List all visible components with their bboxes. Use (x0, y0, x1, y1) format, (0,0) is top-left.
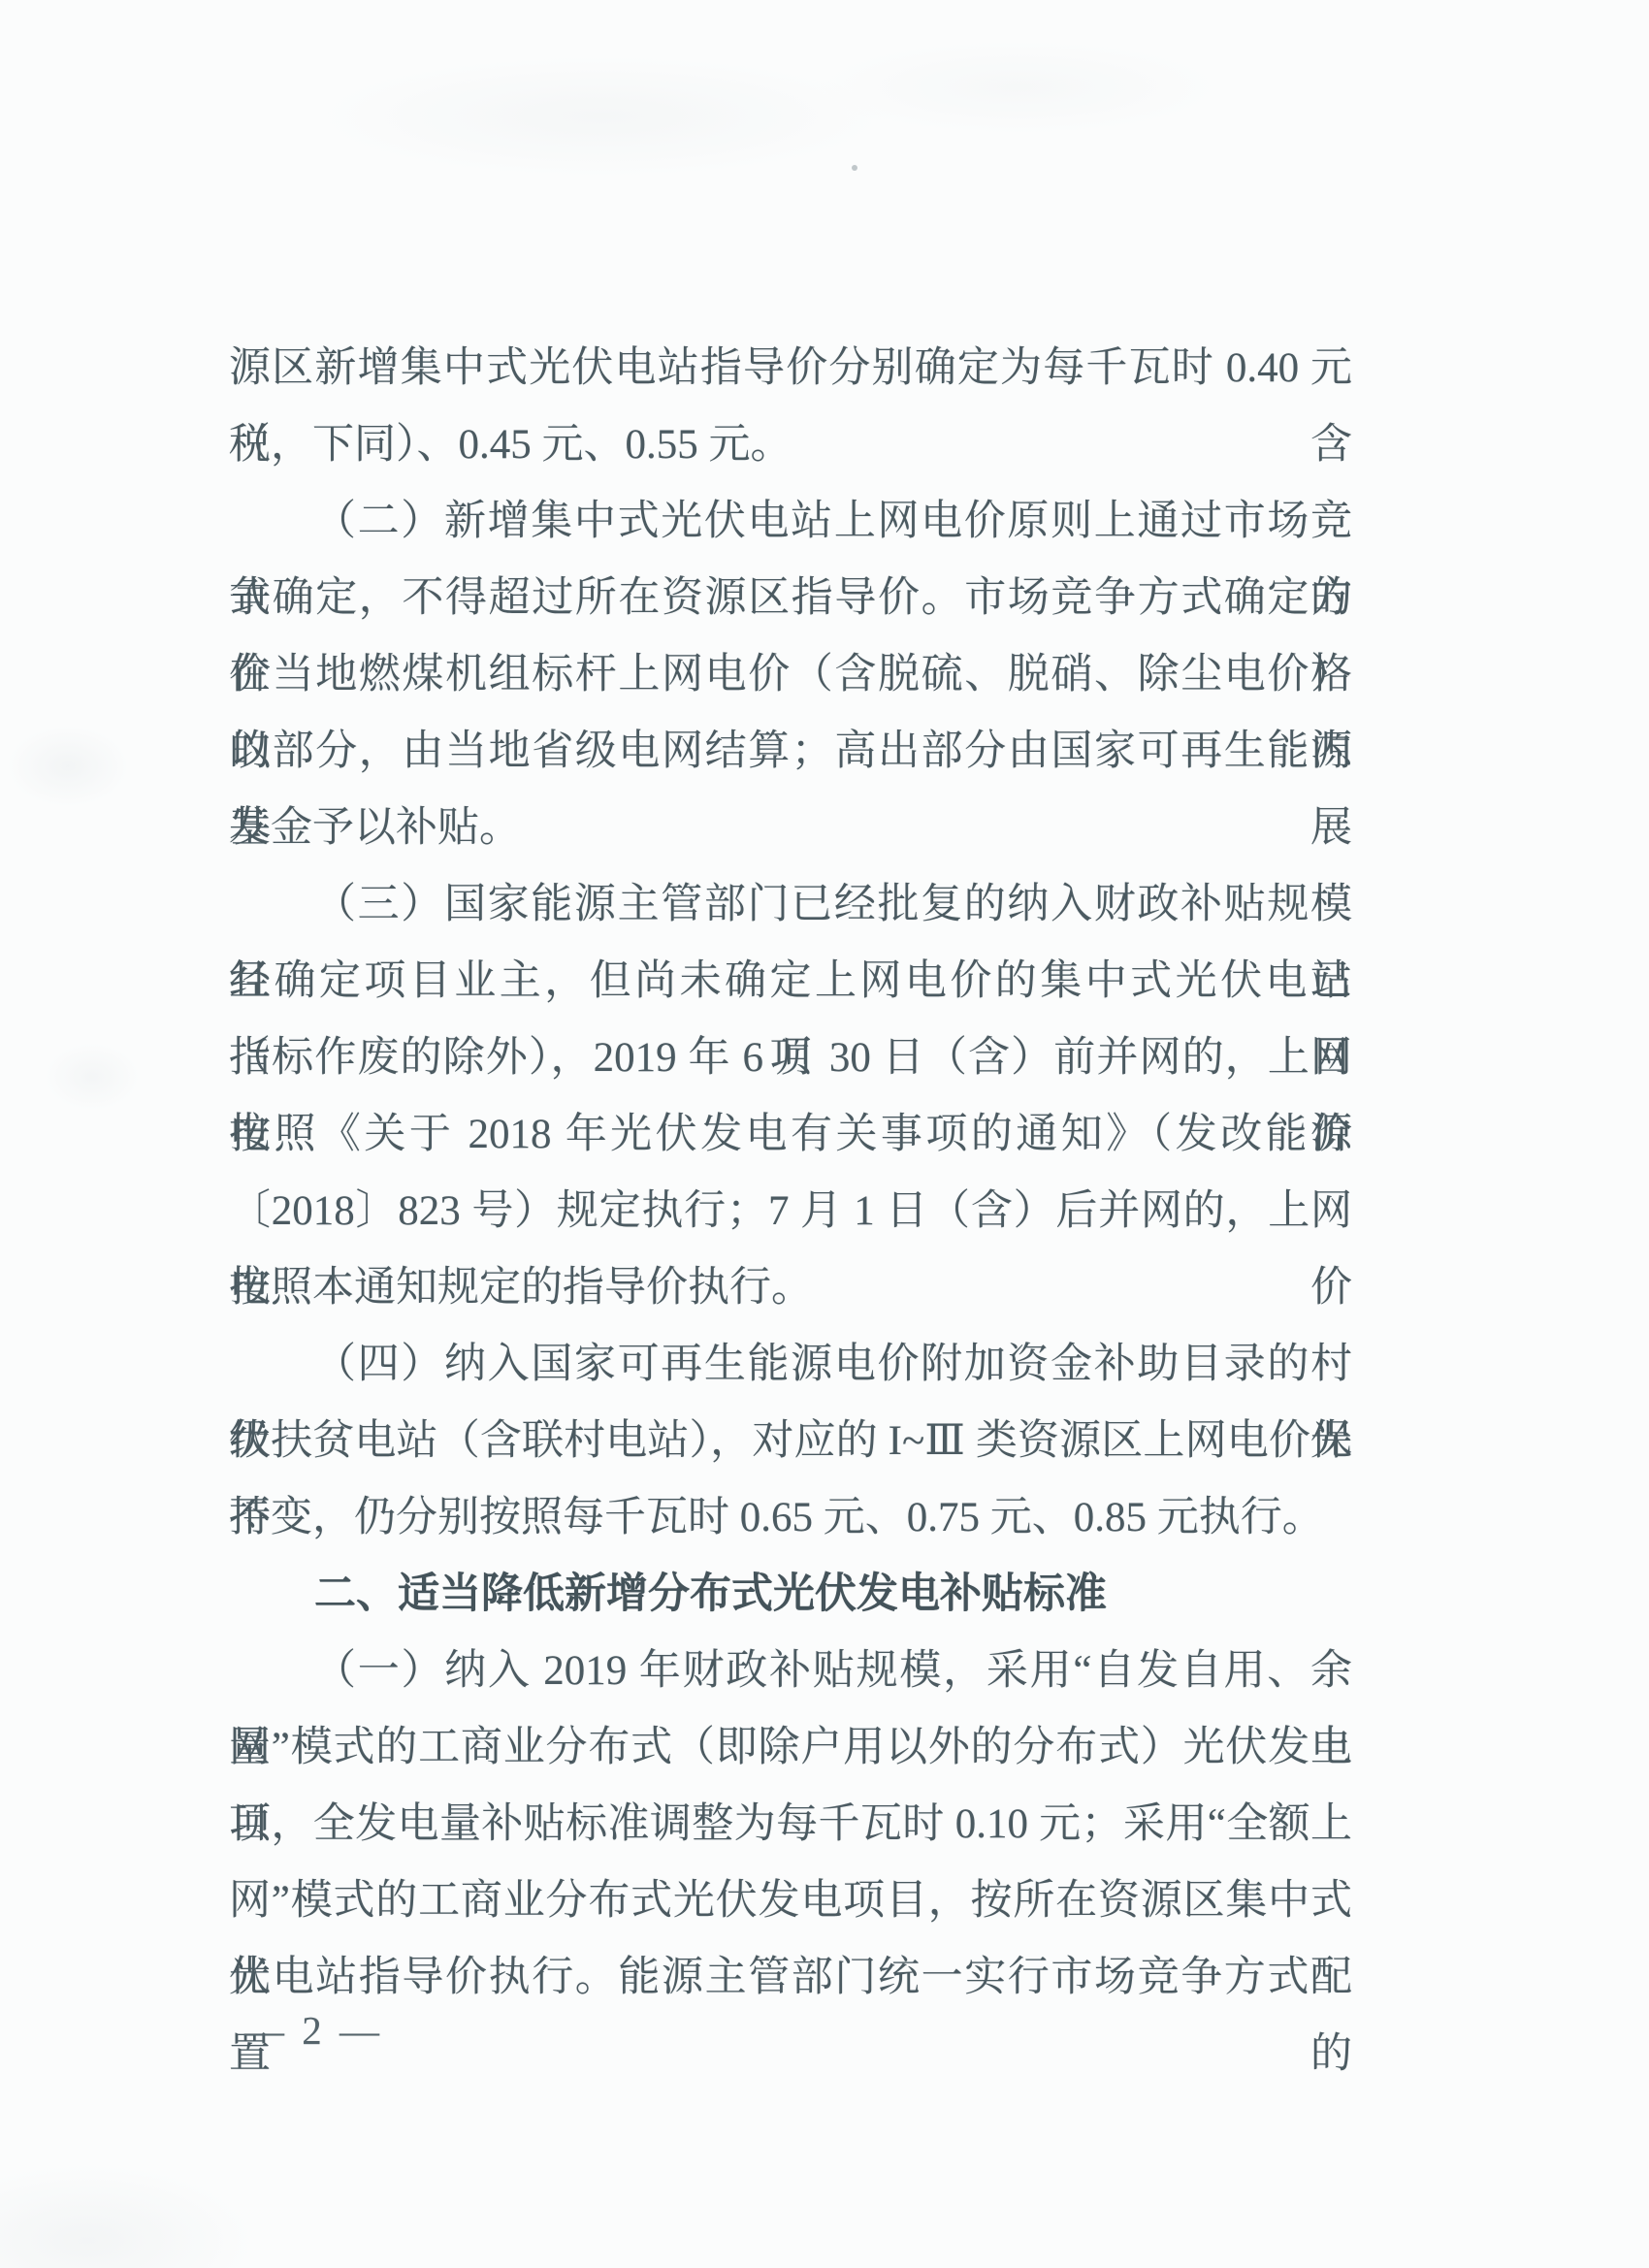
text-line: 指标作废的除外），2019 年 6 月 30 日（含）前并网的，上网电价 (229, 1020, 1352, 1096)
text-line: 的部分，由当地省级电网结算；高出部分由国家可再生能源发展 (229, 713, 1352, 790)
scan-speck (852, 165, 857, 171)
document-body: 源区新增集中式光伏电站指导价分别确定为每千瓦时 0.40 元（含 税，下同）、0… (229, 330, 1352, 2016)
section-heading: 二、适当降低新增分布式光伏发电补贴标准 (229, 1556, 1352, 1633)
text-line: 目，全发电量补贴标准调整为每千瓦时 0.10 元；采用“全额上 (229, 1786, 1352, 1863)
page-number: — 2 — (244, 2006, 383, 2055)
text-line: 〔2018〕823 号）规定执行；7 月 1 日（含）后并网的，上网电价 (229, 1173, 1352, 1249)
text-line: （一）纳入 2019 年财政补贴规模，采用“自发自用、余量上 (229, 1633, 1352, 1709)
text-line: 伏扶贫电站（含联村电站），对应的 I~Ⅲ 类资源区上网电价保持 (229, 1403, 1352, 1479)
text-line: （四）纳入国家可再生能源电价附加资金补助目录的村级光 (229, 1326, 1352, 1403)
text-line: （二）新增集中式光伏电站上网电价原则上通过市场竞争方 (229, 483, 1352, 560)
scan-smudge (0, 0, 1649, 252)
scan-smudge (0, 2086, 388, 2268)
text-line: 源区新增集中式光伏电站指导价分别确定为每千瓦时 0.40 元（含 (229, 330, 1352, 406)
text-line: 经确定项目业主，但尚未确定上网电价的集中式光伏电站（项目 (229, 943, 1352, 1020)
text-line: 按照《关于 2018 年光伏发电有关事项的通知》（发改能源 (229, 1096, 1352, 1173)
text-line: 式确定，不得超过所在资源区指导价。市场竞争方式确定的价格 (229, 560, 1352, 636)
text-line: 在当地燃煤机组标杆上网电价（含脱硫、脱硝、除尘电价）以内 (229, 636, 1352, 713)
scanned-document-page: 源区新增集中式光伏电站指导价分别确定为每千瓦时 0.40 元（含 税，下同）、0… (0, 0, 1649, 2268)
text-line: （三）国家能源主管部门已经批复的纳入财政补贴规模且已 (229, 866, 1352, 943)
text-line: 伏电站指导价执行。能源主管部门统一实行市场竞争方式配置的 (229, 1939, 1352, 2016)
text-line: 网”模式的工商业分布式（即除户用以外的分布式）光伏发电项 (229, 1709, 1352, 1786)
scan-smudge (0, 679, 213, 1552)
text-line: 不变，仍分别按照每千瓦时 0.65 元、0.75 元、0.85 元执行。 (229, 1479, 1352, 1556)
text-line: 网”模式的工商业分布式光伏发电项目，按所在资源区集中式光 (229, 1863, 1352, 1939)
